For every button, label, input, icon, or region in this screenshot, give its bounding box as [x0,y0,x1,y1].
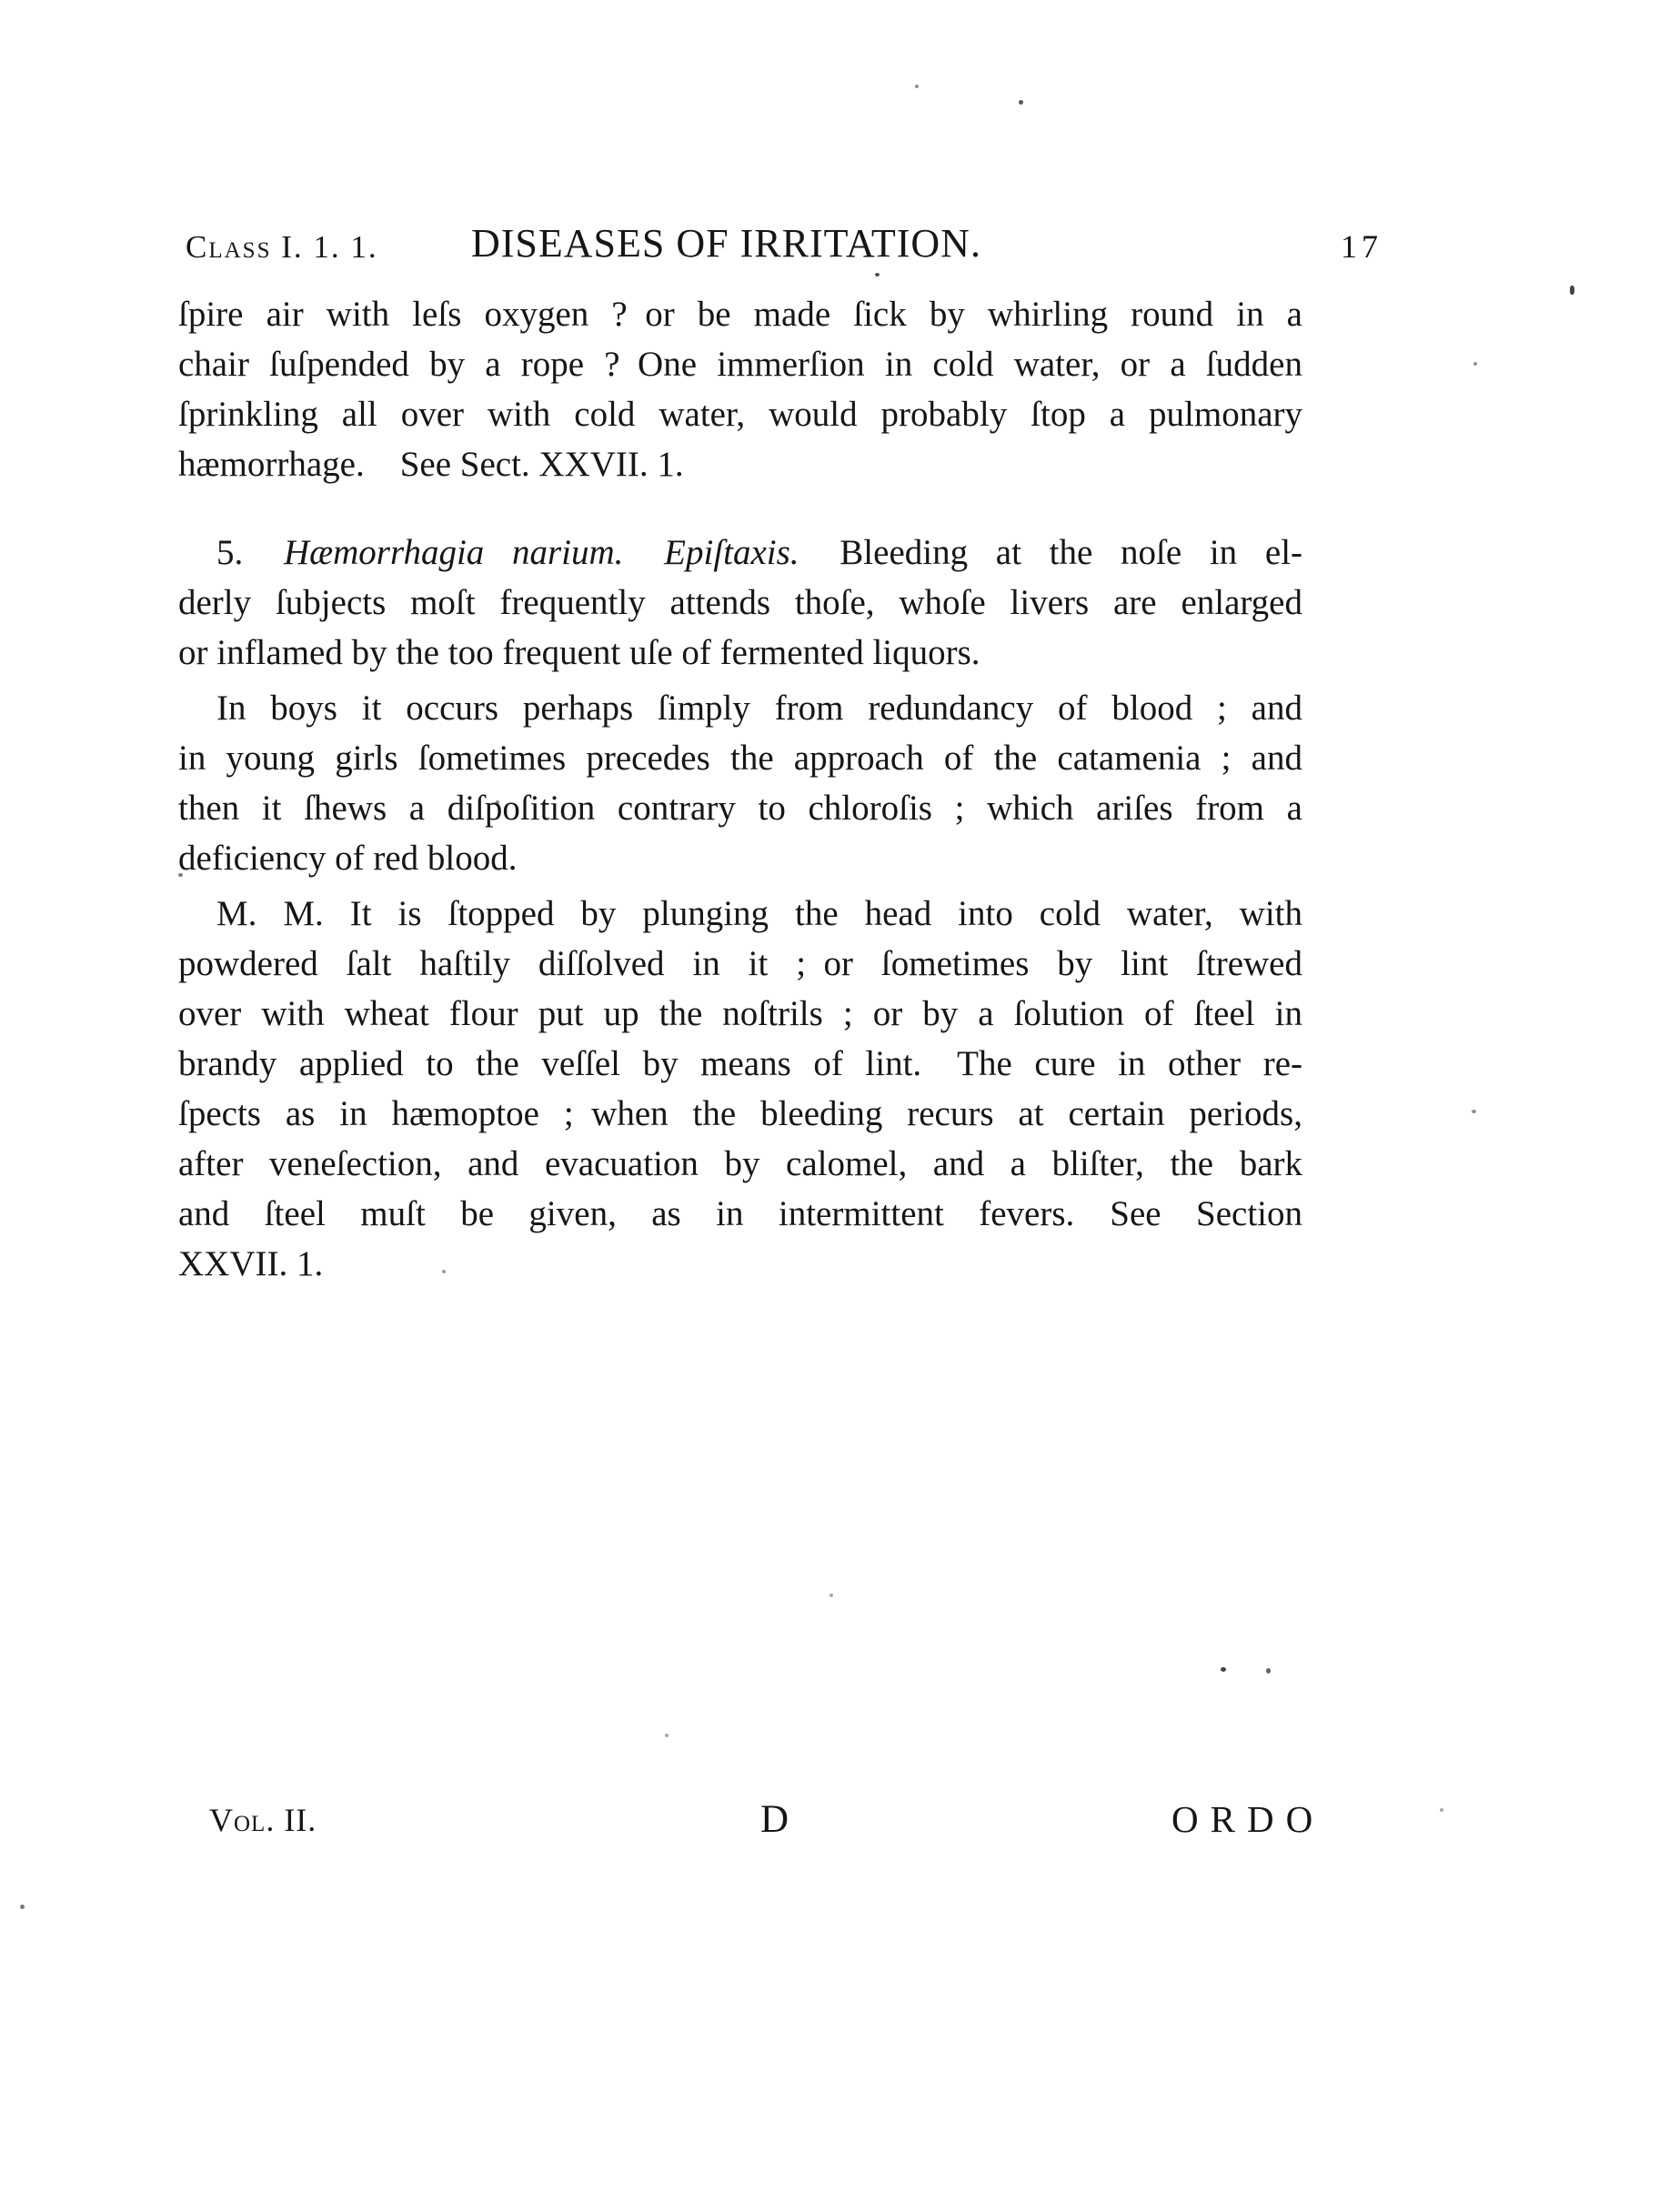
text-line: hæmorrhage. See Sect. XXVII. 1. [178,439,1302,489]
paragraph-boys-girls: In boys it occurs perhaps ſimply from re… [178,683,1302,883]
text-line: and ſteel muſt be given, as in intermitt… [178,1189,1302,1239]
signature-mark: D [760,1797,789,1842]
ink-speck [442,1270,446,1273]
text-line: chair ſuſpended by a rope ? One immerſio… [178,339,1302,389]
page-body: ſpire air with leſs oxygen ? or be made … [178,289,1302,1289]
catchword: ORDO [1171,1797,1324,1841]
line-text: Bleeding at the noſe in el- [840,533,1302,572]
text-line: 5. Hæmorrhagia narium. Epiſtaxis. Bleedi… [178,528,1302,578]
text-line: ſpire air with leſs oxygen ? or be made … [178,289,1302,339]
text-line: brandy applied to the veſſel by means of… [178,1039,1302,1089]
running-head-title: DISEASES OF IRRITATION. [471,220,981,266]
text-line: ſprinkling all over with cold water, wou… [178,389,1302,439]
text-line: derly ſubjects moſt frequently attends t… [178,578,1302,628]
ink-speck [178,873,183,877]
text-line: In boys it occurs perhaps ſimply from re… [178,683,1302,733]
ink-speck [496,800,499,804]
ink-speck [1221,1667,1226,1672]
ink-speck [915,85,919,88]
ink-speck [1266,1668,1271,1674]
ink-speck [875,273,880,276]
ink-speck [1472,1110,1476,1113]
text-line: after veneſection, and evacuation by cal… [178,1139,1302,1189]
volume-label: Vol. II. [209,1801,317,1839]
paragraph-continuation: ſpire air with leſs oxygen ? or be made … [178,289,1302,489]
ink-speck [665,1734,669,1737]
latin-term-title: Hæmorrhagia narium. [284,533,623,572]
ink-speck [1473,362,1477,366]
ink-speck [1440,1808,1443,1812]
ink-speck [829,1594,833,1597]
book-page: Class I. 1. 1. DISEASES OF IRRITATION. 1… [0,0,1659,2212]
text-line: deficiency of red blood. [178,833,1302,883]
page-number: 17 [1341,227,1382,266]
text-line: then it ſhews a diſpoſition contrary to … [178,783,1302,833]
running-head-class-label: Class I. 1. 1. [186,229,378,266]
text-line: or inflamed by the too frequent uſe of f… [178,628,1302,678]
ink-speck [1570,286,1574,295]
text-line: ſpects as in hæmoptoe ; when the bleedin… [178,1089,1302,1139]
ink-speck [1019,100,1023,105]
text-line: powdered ſalt haſtily diſſolved in it ; … [178,939,1302,989]
signature-line: Vol. II. D ORDO [0,1794,1659,1857]
section-number: 5. [216,533,243,572]
latin-term-synonym: Epiſtaxis. [664,533,799,572]
text-line: in young girls ſometimes precedes the ap… [178,733,1302,783]
paragraph-section-5: 5. Hæmorrhagia narium. Epiſtaxis. Bleedi… [178,528,1302,678]
paragraph-materia-medica: M. M. It is ſtopped by plunging the head… [178,889,1302,1289]
text-line: M. M. It is ſtopped by plunging the head… [178,889,1302,939]
ink-speck [20,1905,25,1909]
text-line: XXVII. 1. [178,1239,1302,1289]
text-line: over with wheat flour put up the noſtril… [178,989,1302,1039]
running-header: Class I. 1. 1. DISEASES OF IRRITATION. 1… [0,220,1659,284]
